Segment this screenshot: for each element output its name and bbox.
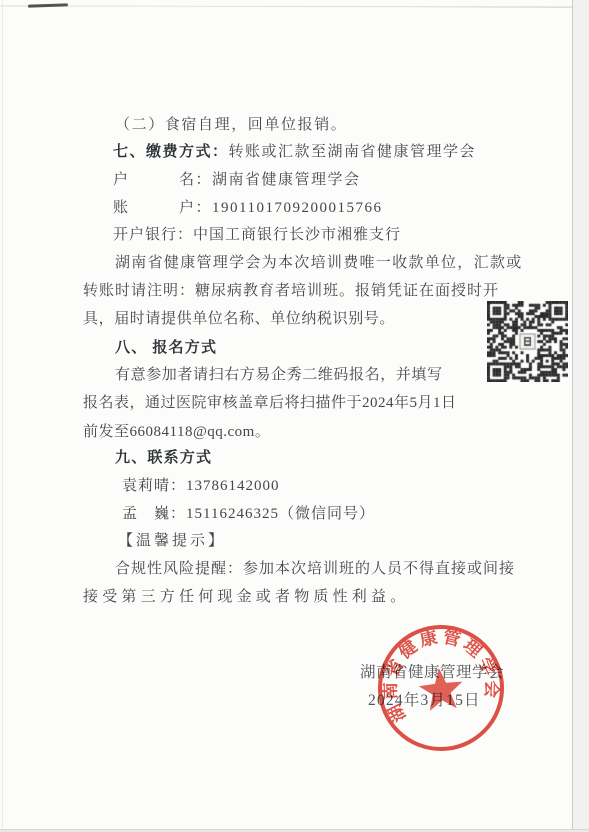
- line-account-name: 户 名：湖南省健康管理学会: [113, 172, 361, 188]
- seal-star-icon: [417, 666, 465, 712]
- line-payment-note-1: 湖南省健康管理学会为本次培训费唯一收款单位，汇款或: [115, 255, 523, 271]
- line-registration-2: 报名表，通过医院审核盖章后将扫描件于2024年5月1日: [83, 395, 457, 411]
- body-text: 合规性风险提醒：参加本次培训班的人员不得直接或间接: [115, 561, 515, 577]
- body-text: 孟 巍：15116246325（微信同号）: [122, 506, 375, 522]
- body-text: 前发至66084118@qq.com。: [83, 424, 270, 440]
- scanned-document-page: （二）食宿自理，回单位报销。七、缴费方式：转账或汇款至湖南省健康管理学会户 名：…: [0, 0, 589, 832]
- line-registration-1: 有意参加者请扫右方易企秀二维码报名，并填写: [115, 367, 443, 383]
- heading-text: 八、 报名方式: [115, 340, 217, 356]
- paper-left-edge: [2, 0, 3, 832]
- body-text: （二）食宿自理，回单位报销。: [115, 117, 347, 133]
- line-payment-note-2: 转账时请注明：糖尿病教育者培训班。报销凭证在面授时开: [83, 283, 499, 299]
- line-accommodation: （二）食宿自理，回单位报销。: [115, 117, 347, 133]
- body-text: 具，届时请提供单位名称、单位纳税识别号。: [83, 311, 395, 327]
- line-account-number: 账 户：1901101709200015766: [113, 200, 382, 216]
- body-text: 袁莉晴：13786142000: [122, 478, 280, 494]
- scan-top-edge-line: [0, 5, 589, 7]
- body-text: 有意参加者请扫右方易企秀二维码报名，并填写: [115, 367, 443, 383]
- scan-top-edge-smudge: [28, 3, 68, 7]
- body-text: 户 名：湖南省健康管理学会: [113, 172, 361, 188]
- line-compliance-1: 合规性风险提醒：参加本次培训班的人员不得直接或间接: [115, 561, 515, 577]
- body-text: 报名表，通过医院审核盖章后将扫描件于2024年5月1日: [83, 395, 457, 411]
- registration-qr-code: [487, 301, 568, 382]
- body-text: 开户银行：中国工商银行长沙市湘雅支行: [113, 227, 401, 243]
- heading-registration: 八、 报名方式: [115, 340, 217, 356]
- body-text: 转账或汇款至湖南省健康管理学会: [229, 144, 477, 160]
- body-text: 湖南省健康管理学会为本次培训费唯一收款单位，汇款或: [115, 255, 523, 271]
- line-contact-meng: 孟 巍：15116246325（微信同号）: [122, 506, 375, 522]
- heading-contact: 九、联系方式: [115, 450, 212, 466]
- line-payment-note-3: 具，届时请提供单位名称、单位纳税识别号。: [83, 311, 395, 327]
- heading-text: 七、缴费方式：: [113, 144, 229, 160]
- line-bank: 开户银行：中国工商银行长沙市湘雅支行: [113, 227, 401, 243]
- paper-right-edge: [572, 0, 589, 832]
- official-seal: 湖南省健康管理学会: [356, 603, 526, 773]
- line-tips-heading: 【温馨提示】: [118, 533, 226, 549]
- heading-payment: 七、缴费方式：转账或汇款至湖南省健康管理学会: [113, 144, 476, 160]
- heading-text: 九、联系方式: [115, 450, 212, 466]
- body-text: 转账时请注明：糖尿病教育者培训班。报销凭证在面授时开: [83, 283, 499, 299]
- line-contact-yuan: 袁莉晴：13786142000: [122, 478, 280, 494]
- body-text: 账 户：1901101709200015766: [113, 200, 382, 216]
- body-text: 【温馨提示】: [118, 533, 226, 549]
- line-registration-3: 前发至66084118@qq.com。: [83, 424, 270, 440]
